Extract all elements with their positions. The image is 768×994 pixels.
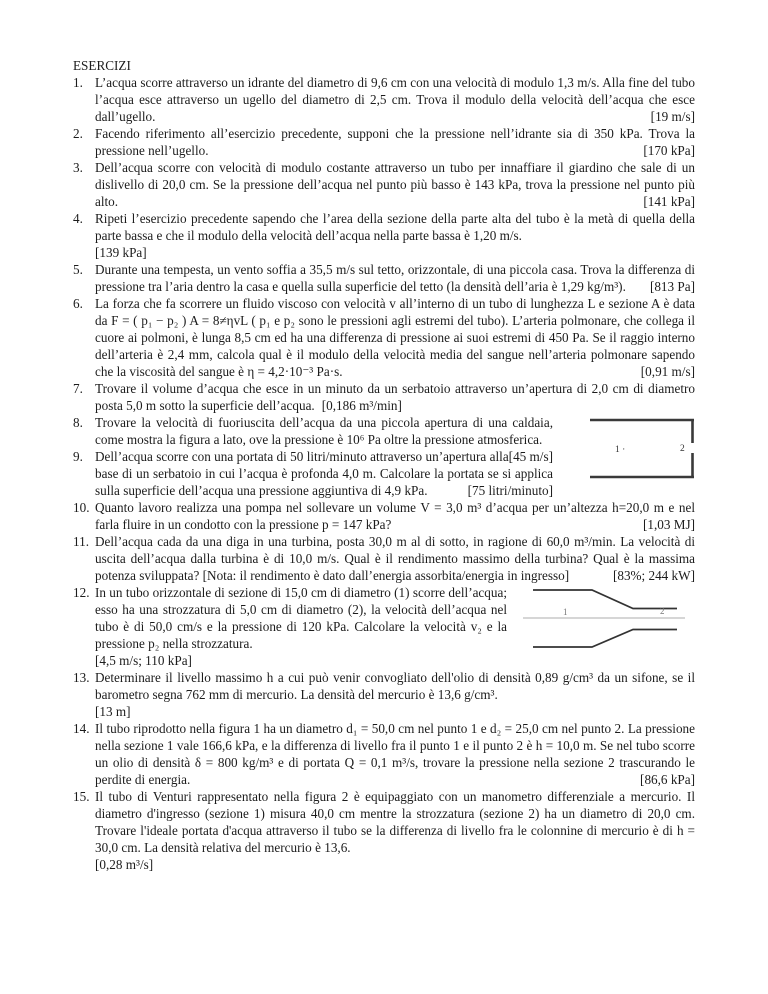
page-title: ESERCIZI [73, 57, 695, 74]
exercise-number: 9. [73, 448, 95, 465]
exercise-answer: [83%; 244 kW] [613, 567, 695, 584]
exercise-12: 1 2 12.In un tubo orizzontale di sezione… [73, 584, 695, 669]
exercise-number: 12. [73, 584, 95, 601]
exercise-text: Dell’acqua cada da una diga in una turbi… [95, 534, 695, 583]
exercise-answer: [141 kPa] [643, 193, 695, 210]
pipe-constriction-figure: 1 2 [519, 585, 695, 653]
exercise-text: Il tubo di Venturi rappresentato nella f… [95, 789, 695, 855]
boiler-figure: 1 · 2 [567, 416, 695, 496]
exercise-7: 7.Trovare il volume d’acqua che esce in … [73, 380, 695, 414]
exercise-answer: [86,6 kPa] [640, 771, 695, 788]
exercise-8: 1 · 2 8.Trovare la velocità di fuoriusci… [73, 414, 695, 448]
exercise-number: 10. [73, 499, 95, 516]
exercise-number: 4. [73, 210, 95, 227]
exercise-14: 14.Il tubo riprodotto nella figura 1 ha … [73, 720, 695, 788]
exercise-4: 4.Ripeti l’esercizio precedente sapendo … [73, 210, 695, 261]
exercise-11: 11.Dell’acqua cada da una diga in una tu… [73, 533, 695, 584]
pipe-bottom-profile [533, 630, 677, 648]
exercise-text: La forza che fa scorrere un fluido visco… [95, 296, 695, 379]
exercise-list: 1.L’acqua scorre attraverso un idrante d… [73, 74, 695, 873]
exercise-text: Durante una tempesta, un vento soffia a … [95, 262, 695, 294]
exercise-number: 15. [73, 788, 95, 805]
exercise-text: In un tubo orizzontale di sezione di 15,… [95, 585, 507, 651]
exercise-number: 11. [73, 533, 95, 550]
exercise-text: Ripeti l’esercizio precedente sapendo ch… [95, 211, 695, 243]
exercise-number: 6. [73, 295, 95, 312]
exercise-answer: [813 Pa] [650, 278, 695, 295]
exercise-1: 1.L’acqua scorre attraverso un idrante d… [73, 74, 695, 125]
exercise-text: Trovare la velocità di fuoriuscita dell’… [95, 415, 553, 447]
exercise-text: Quanto lavoro realizza una pompa nel sol… [95, 500, 695, 532]
exercise-answer: [45 m/s] [509, 448, 553, 465]
exercise-answer: [0,91 m/s] [641, 363, 695, 380]
exercise-text: L’acqua scorre attraverso un idrante del… [95, 75, 695, 124]
exercise-text: Il tubo riprodotto nella figura 1 ha un … [95, 721, 695, 787]
pipe-section-2-label: 2 [660, 606, 665, 616]
boiler-point-1-label: 1 · [615, 445, 625, 455]
boiler-point-2-label: 2 [680, 444, 685, 454]
exercise-number: 2. [73, 125, 95, 142]
exercise-3: 3.Dell’acqua scorre con velocità di modu… [73, 159, 695, 210]
exercise-13: 13.Determinare il livello massimo h a cu… [73, 669, 695, 720]
exercise-5: 5.Durante una tempesta, un vento soffia … [73, 261, 695, 295]
exercise-answer: [0,28 m³/s] [95, 856, 695, 873]
exercise-answer: [1,03 MJ] [643, 516, 695, 533]
exercise-number: 13. [73, 669, 95, 686]
exercise-number: 3. [73, 159, 95, 176]
exercise-number: 8. [73, 414, 95, 431]
exercise-answer: [170 kPa] [643, 142, 695, 159]
exercise-6: 6.La forza che fa scorrere un fluido vis… [73, 295, 695, 380]
exercise-answer: [139 kPa] [95, 244, 695, 261]
exercise-10: 10.Quanto lavoro realizza una pompa nel … [73, 499, 695, 533]
exercise-number: 7. [73, 380, 95, 397]
exercise-number: 14. [73, 720, 95, 737]
document-page: ESERCIZI 1.L’acqua scorre attraverso un … [0, 0, 768, 994]
exercise-number: 1. [73, 74, 95, 91]
exercise-number: 5. [73, 261, 95, 278]
exercise-answer: [0,186 m³/min] [322, 398, 402, 413]
exercise-text: Dell’acqua scorre con velocità di modulo… [95, 160, 695, 209]
exercise-text: Determinare il livello massimo h a cui p… [95, 670, 695, 702]
pipe-section-1-label: 1 [563, 607, 568, 617]
exercise-15: 15.Il tubo di Venturi rappresentato nell… [73, 788, 695, 873]
exercise-text: Facendo riferimento all’esercizio preced… [95, 126, 695, 158]
exercise-answer: [13 m] [95, 703, 695, 720]
pipe-top-profile [533, 590, 677, 609]
exercise-answer: [4,5 m/s; 110 kPa] [95, 652, 695, 669]
exercise-answer: [75 litri/minuto] [468, 482, 553, 499]
exercise-answer: [19 m/s] [651, 108, 695, 125]
exercise-2: 2.Facendo riferimento all’esercizio prec… [73, 125, 695, 159]
